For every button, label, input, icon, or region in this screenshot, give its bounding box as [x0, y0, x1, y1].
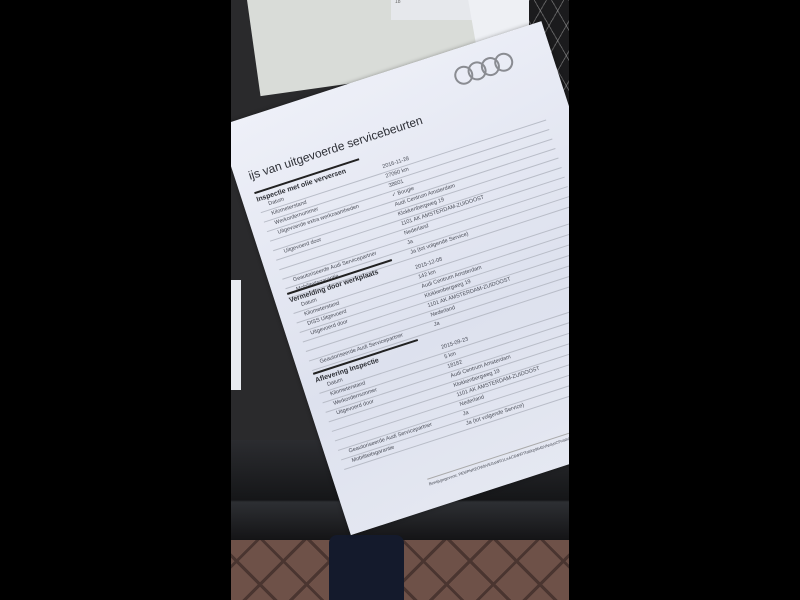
audi-rings-icon: [457, 50, 516, 85]
paper-edge: [231, 280, 241, 390]
person-leg: [329, 535, 404, 600]
photo: vt.2.5 R5250 A7 18 ijs van uitgevoerde s…: [231, 0, 569, 600]
